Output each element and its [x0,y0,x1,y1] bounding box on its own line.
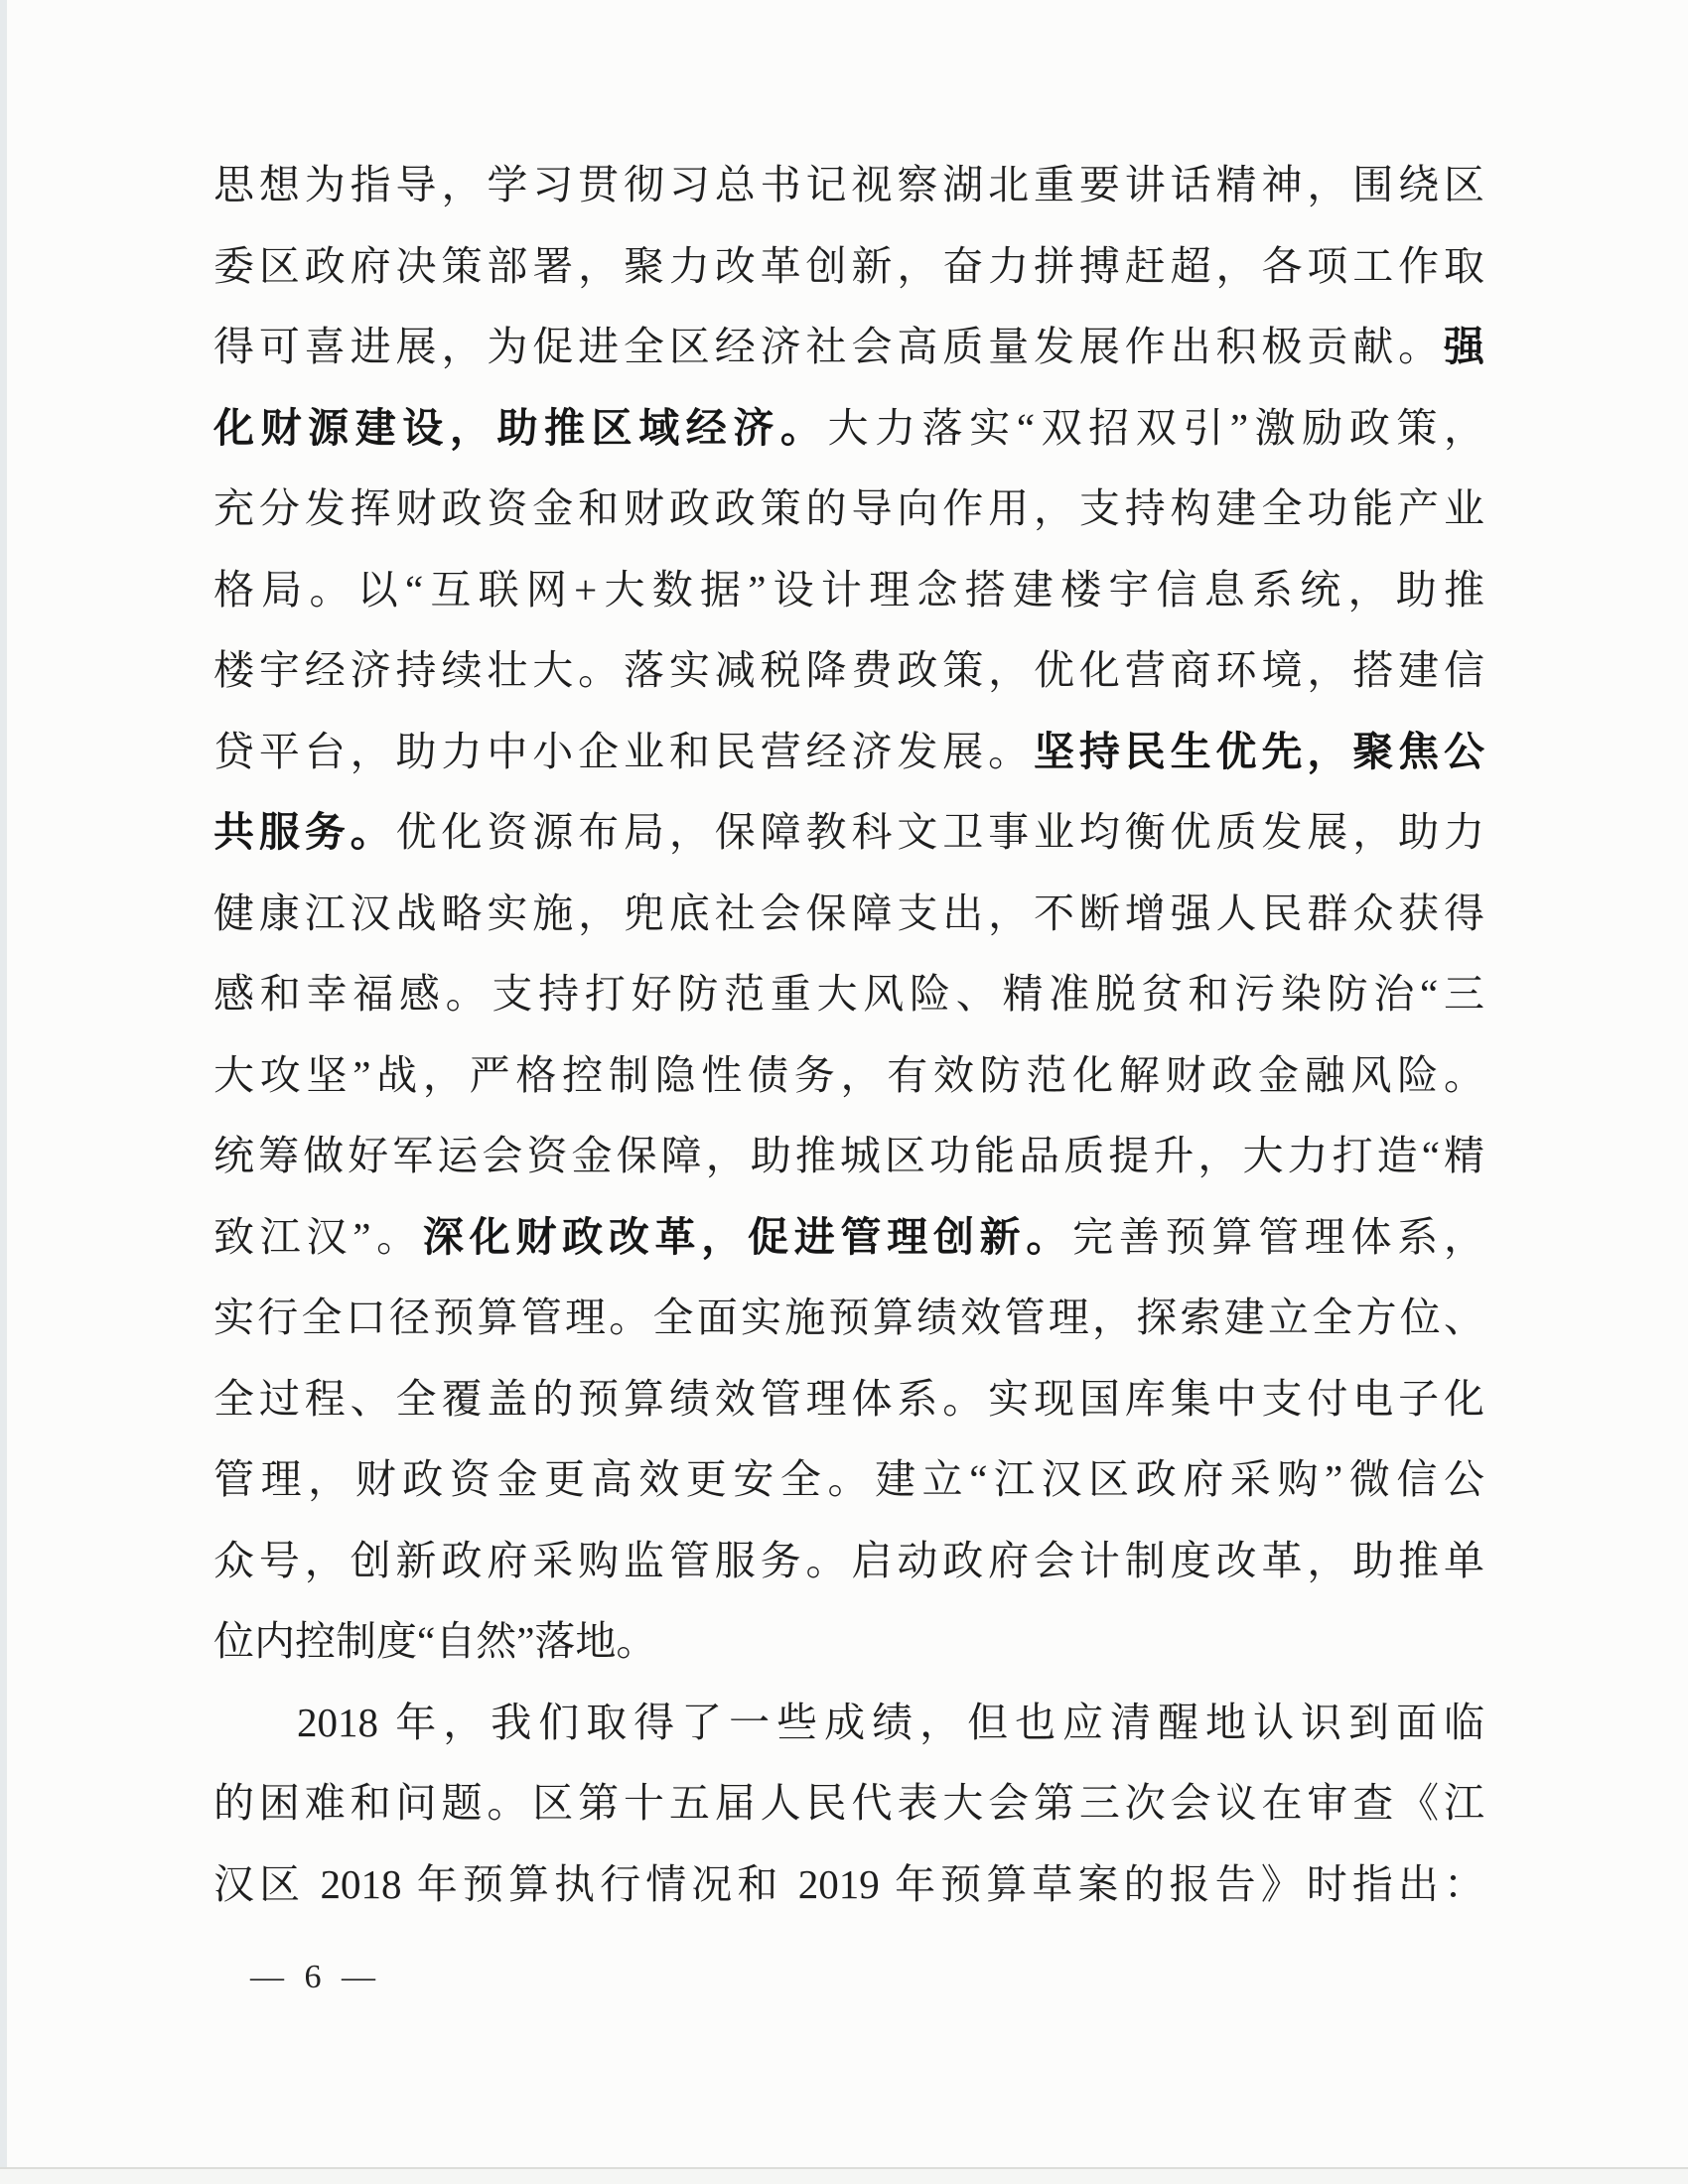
text-line: 贷平台，助力中小企业和民营经济发展。坚持民生优先，聚焦公 [213,712,1484,793]
text-line: 健康江汉战略实施，兜底社会保障支出，不断增强人民群众获得 [213,874,1484,955]
scan-bottom-edge-band [0,2169,1688,2184]
text-line: 共服务。优化资源布局，保障教科文卫事业均衡优质发展，助力 [213,792,1484,874]
text-line: 致江汉”。深化财政改革，促进管理创新。完善预算管理体系， [213,1197,1484,1279]
scan-left-edge [0,0,7,2184]
text-segment: 管理，财政资金更高效更安全。建立“江汉区政府采购”微信公 [213,1456,1484,1502]
text-line: 大攻坚”战，严格控制隐性债务，有效防范化解财政金融风险。 [213,1035,1484,1117]
text-line: 思想为指导，学习贯彻习总书记视察湖北重要讲话精神，围绕区 [213,145,1484,226]
text-line: 管理，财政资金更高效更安全。建立“江汉区政府采购”微信公 [213,1439,1484,1521]
text-segment: 位内控制度“自然”落地。 [213,1618,656,1664]
text-line: 统筹做好军运会资金保障，助推城区功能品质提升，大力打造“精 [213,1116,1484,1197]
text-line: 委区政府决策部署，聚力改革创新，奋力拼搏赶超，各项工作取 [213,226,1484,308]
text-segment: 得可喜进展，为促进全区经济社会高质量发展作出积极贡献。 [213,324,1444,369]
text-line: 楼宇经济持续壮大。落实减税降费政策，优化营商环境，搭建信 [213,630,1484,712]
text-line: 充分发挥财政资金和财政政策的导向作用，支持构建全功能产业 [213,469,1484,550]
emphasis-text-segment: 共服务。 [213,809,396,855]
text-segment: 致江汉”。 [213,1214,423,1260]
text-segment: 2018 年，我们取得了一些成绩，但也应清醒地认识到面临 [297,1700,1484,1745]
text-segment: 楼宇经济持续壮大。落实减税降费政策，优化营商环境，搭建信 [213,647,1484,693]
emphasis-text-segment: 强 [1444,324,1484,369]
text-segment: 全过程、全覆盖的预算绩效管理体系。实现国库集中支付电子化 [213,1376,1484,1422]
text-line: 位内控制度“自然”落地。 [213,1601,1484,1683]
text-segment: 优化资源布局，保障教科文卫事业均衡优质发展，助力 [396,809,1484,855]
text-line: 众号，创新政府采购监管服务。启动政府会计制度改革，助推单 [213,1521,1484,1602]
scanned-document-page: 思想为指导，学习贯彻习总书记视察湖北重要讲话精神，围绕区委区政府决策部署，聚力改… [0,0,1688,2184]
text-segment: 汉区 2018 年预算执行情况和 2019 年预算草案的报告》时指出： [213,1861,1484,1907]
text-line: 格局。以“互联网+大数据”设计理念搭建楼宇信息系统，助推 [213,550,1484,631]
text-segment: 大攻坚”战，严格控制隐性债务，有效防范化解财政金融风险。 [213,1052,1484,1098]
text-segment: 感和幸福感。支持打好防范重大风险、精准脱贫和污染防治“三 [213,971,1484,1017]
text-line: 的困难和问题。区第十五届人民代表大会第三次会议在审查《江 [213,1763,1484,1844]
text-line: 感和幸福感。支持打好防范重大风险、精准脱贫和污染防治“三 [213,954,1484,1035]
text-line: 2018 年，我们取得了一些成绩，但也应清醒地认识到面临 [213,1683,1484,1764]
text-segment: 充分发挥财政资金和财政政策的导向作用，支持构建全功能产业 [213,485,1484,531]
text-segment: 贷平台，助力中小企业和民营经济发展。 [213,729,1034,774]
text-segment: 格局。以“互联网+大数据”设计理念搭建楼宇信息系统，助推 [213,567,1484,613]
text-segment: 思想为指导，学习贯彻习总书记视察湖北重要讲话精神，围绕区 [213,162,1484,207]
text-line: 化财源建设，助推区域经济。大力落实“双招双引”激励政策， [213,388,1484,470]
text-line: 得可喜进展，为促进全区经济社会高质量发展作出积极贡献。强 [213,307,1484,388]
page-number: — 6 — [250,1948,381,2007]
text-segment: 统筹做好军运会资金保障，助推城区功能品质提升，大力打造“精 [213,1133,1484,1178]
emphasis-text-segment: 坚持民生优先，聚焦公 [1034,729,1484,774]
emphasis-text-segment: 深化财政改革，促进管理创新。 [423,1214,1072,1260]
text-segment: 实行全口径预算管理。全面实施预算绩效管理，探索建立全方位、 [213,1295,1484,1340]
text-line: 汉区 2018 年预算执行情况和 2019 年预算草案的报告》时指出： [213,1844,1484,1926]
text-segment: 大力落实“双招双引”激励政策， [828,405,1484,451]
document-body: 思想为指导，学习贯彻习总书记视察湖北重要讲话精神，围绕区委区政府决策部署，聚力改… [213,145,1484,1925]
text-segment: 的困难和问题。区第十五届人民代表大会第三次会议在审查《江 [213,1780,1484,1826]
text-line: 全过程、全覆盖的预算绩效管理体系。实现国库集中支付电子化 [213,1359,1484,1440]
text-segment: 健康江汉战略实施，兜底社会保障支出，不断增强人民群众获得 [213,890,1484,936]
emphasis-text-segment: 化财源建设，助推区域经济。 [213,405,828,451]
text-segment: 众号，创新政府采购监管服务。启动政府会计制度改革，助推单 [213,1538,1484,1583]
text-line: 实行全口径预算管理。全面实施预算绩效管理，探索建立全方位、 [213,1278,1484,1359]
text-segment: 完善预算管理体系， [1072,1214,1484,1260]
text-segment: 委区政府决策部署，聚力改革创新，奋力拼搏赶超，各项工作取 [213,243,1484,289]
